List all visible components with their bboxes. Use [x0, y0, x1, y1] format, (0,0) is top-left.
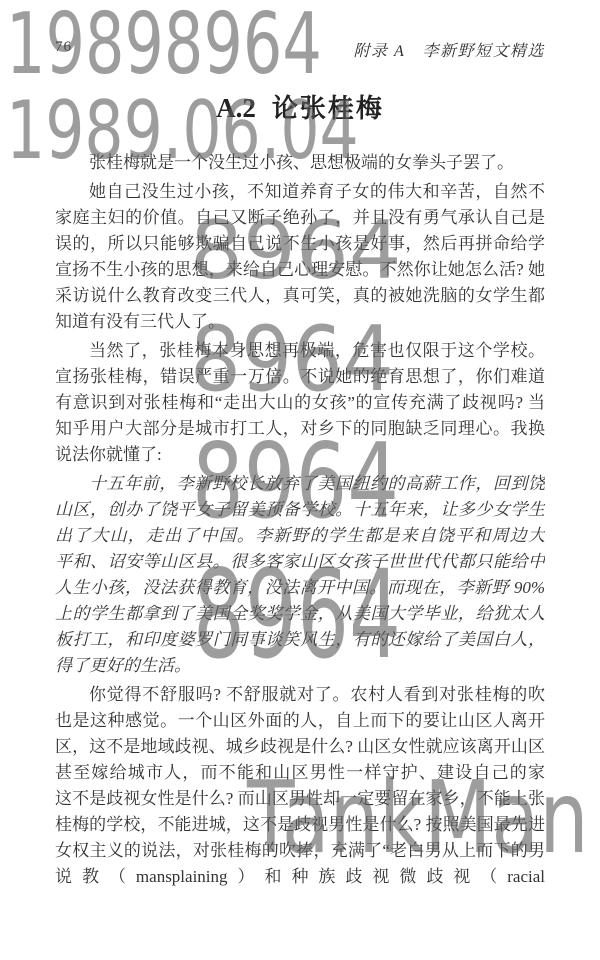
text-line: 她自己没生过小孩，不知道养育子女的伟大和辛苦，自然不懂 — [55, 179, 545, 205]
section-heading: A.2论张桂梅 — [55, 88, 545, 125]
text-line: 说教（mansplaining）和种族歧视微歧视（racial microagg… — [55, 864, 545, 890]
scanned-book-page: 76 附录 A 李新野短文精选 A.2论张桂梅 张桂梅就是一个没生过小孩、思想极… — [0, 0, 600, 960]
page-number: 76 — [55, 39, 72, 56]
text-line: 宣扬张桂梅，错误严重一万倍。不说她的绝育思想了，你们难道没 — [55, 364, 545, 390]
text-line: 采访说什么教育改变三代人，真可笑，真的被她洗脑的女学生都不 — [55, 283, 545, 309]
paragraph-4-kaiti: 十五年前，李新野校长放弃了美国纽约的高薪工作，回到饶平 山区，创办了饶平女子留美… — [55, 471, 545, 679]
text-line: 桂梅的学校，不能进城，这不是歧视男性是什么? 按照美国最先进 — [55, 812, 545, 838]
text-line: 张桂梅就是一个没生过小孩、思想极端的女拳头子罢了。 — [55, 150, 545, 176]
text-line: 当然了，张桂梅本身思想再极端，危害也仅限于这个学校。而 — [55, 338, 545, 364]
text-line: 女权主义的说法，对张桂梅的吹捧，充满了“老白男从上而下的男性 — [55, 838, 545, 864]
paragraph-3: 当然了，张桂梅本身思想再极端，危害也仅限于这个学校。而 宣扬张桂梅，错误严重一万… — [55, 338, 545, 468]
text-line: 区，这不是地域歧视、城乡歧视是什么? 山区女性就应该离开山区 — [55, 734, 545, 760]
text-line: 板打工，和印度婆罗门同事谈笑风生，有的还嫁给了美国白人，获 — [55, 627, 545, 653]
text-line: 也是这种感觉。一个山区外面的人，自上而下的要让山区人离开山 — [55, 708, 545, 734]
section-number: A.2 — [216, 93, 256, 123]
text-line: 十五年前，李新野校长放弃了美国纽约的高薪工作，回到饶平 — [55, 471, 545, 497]
text-line: 这不是歧视女性是什么? 而山区男性却一定要留在家乡，不能上张 — [55, 786, 545, 812]
page-header: 76 附录 A 李新野短文精选 — [55, 38, 545, 60]
text-line: 家庭主妇的价值。自己又断子绝孙了，并且没有勇气承认自己是错 — [55, 205, 545, 231]
text-line: 山区，创办了饶平女子留美预备学校。十五年来，让多少女学生走 — [55, 497, 545, 523]
text-line: 宣扬不生小孩的思想，来给自己心理安慰。不然你让她怎么活? 她 — [55, 257, 545, 283]
text-line: 上的学生都拿到了美国全奖奖学金，从美国大学毕业，给犹太人老 — [55, 601, 545, 627]
running-header-title: 附录 A 李新野短文精选 — [354, 38, 546, 61]
text-line: 得了更好的生活。 — [55, 653, 545, 679]
text-line: 甚至嫁给城市人，而不能和山区男性一样守护、建设自己的家乡， — [55, 760, 545, 786]
text-line: 说法你就懂了: — [55, 442, 545, 468]
article-body: 张桂梅就是一个没生过小孩、思想极端的女拳头子罢了。 她自己没生过小孩，不知道养育… — [55, 150, 545, 890]
text-line: 平和、诏安等山区县。很多客家山区女孩子世世代代都只能给中国 — [55, 549, 545, 575]
text-line: 人生小孩，没法获得教育，没法离开中国。而现在，李新野 90% 以 — [55, 575, 545, 601]
paragraph-2: 她自己没生过小孩，不知道养育子女的伟大和辛苦，自然不懂 家庭主妇的价值。自己又断… — [55, 179, 545, 335]
text-line: 误的，所以只能够欺骗自己说不生小孩是好事，然后再拼命给学生 — [55, 231, 545, 257]
paragraph-1: 张桂梅就是一个没生过小孩、思想极端的女拳头子罢了。 — [55, 150, 545, 176]
section-title: 论张桂梅 — [272, 94, 384, 124]
paragraph-5: 你觉得不舒服吗? 不舒服就对了。农村人看到对张桂梅的吹捧， 也是这种感觉。一个山… — [55, 682, 545, 890]
text-line: 你觉得不舒服吗? 不舒服就对了。农村人看到对张桂梅的吹捧， — [55, 682, 545, 708]
text-line: 出了大山，走出了中国。李新野的学生都是来自饶平和周边大埔、 — [55, 523, 545, 549]
text-line: 知乎用户大部分是城市打工人，对乡下的同胞缺乏同理心。我换个 — [55, 416, 545, 442]
text-line: 有意识到对张桂梅和“走出大山的女孩”的宣传充满了歧视吗? 当然， — [55, 390, 545, 416]
text-line: 知道有没有三代人了。 — [55, 309, 545, 335]
